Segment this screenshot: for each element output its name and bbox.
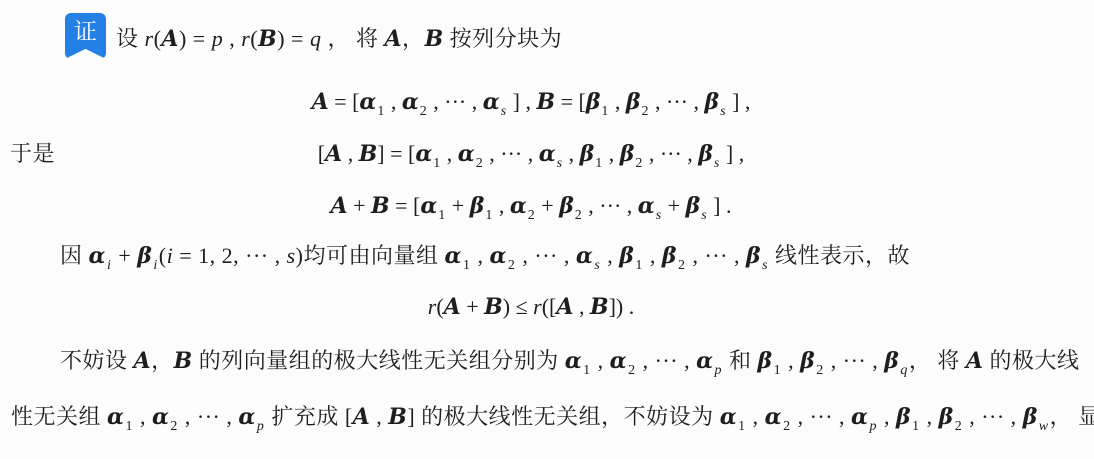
proof-badge-label: 证 (74, 18, 97, 44)
formula-concatenated-matrix: [A , B] = [α1 , α2 , ··· , αs , β1 , β2 … (0, 138, 1062, 174)
textbook-page: 证 设 r(A) = p , r(B) = q ， 将 A，B 按列分块为 A … (0, 0, 1094, 459)
intro-line: 设 r(A) = p , r(B) = q ， 将 A，B 按列分块为 (116, 23, 562, 55)
paragraph-wlog-line1: 不妨设 A，B 的列向量组的极大线性无关组分别为 α1 , α2 , ··· ,… (60, 345, 1079, 381)
formula-matrix-sum: A + B = [α1 + β1 , α2 + β2 , ··· , αs + … (0, 190, 1062, 226)
proof-badge: 证 (65, 13, 106, 59)
paragraph-linear-representation: 因 αi + βi(i = 1, 2, ··· , s)均可由向量组 α1 , … (60, 240, 910, 276)
paragraph-wlog-line2: 性无关组 α1 , α2 , ··· , αp 扩充成 [A , B] 的极大线… (11, 401, 1094, 437)
formula-column-partition: A = [α1 , α2 , ··· , αs ] , B = [β1 , β2… (0, 86, 1062, 122)
formula-rank-inequality: r(A + B) ≤ r([A , B]) . (0, 291, 1062, 323)
